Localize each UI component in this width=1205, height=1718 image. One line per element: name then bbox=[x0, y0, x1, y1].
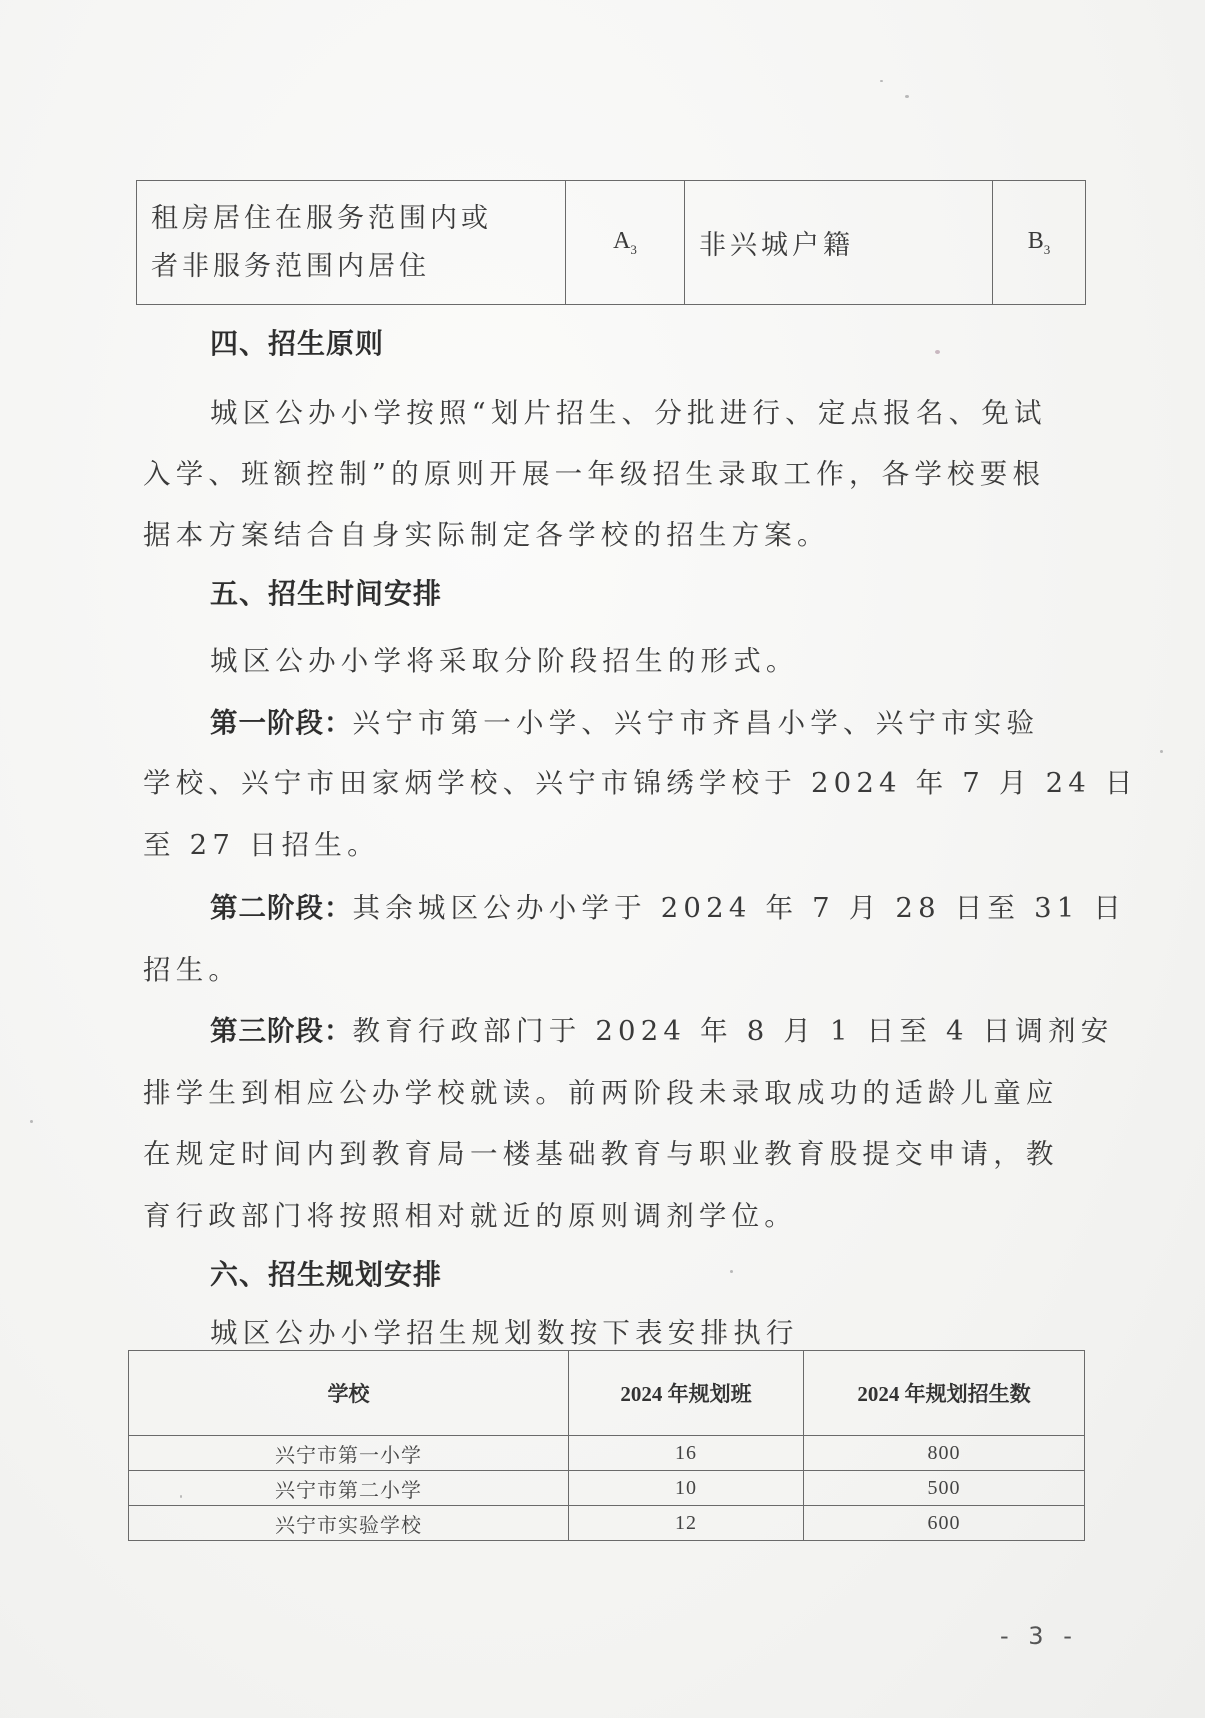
category-a-subscript: 3 bbox=[630, 242, 637, 257]
header-planned-classes: 2024 年规划班 bbox=[569, 1351, 804, 1436]
phase-1-line: 第一阶段：兴宁市第一小学、兴宁市齐昌小学、兴宁市实验 bbox=[210, 700, 1039, 740]
table-row: 兴宁市实验学校 12 600 bbox=[129, 1506, 1085, 1541]
category-b-letter: B bbox=[1028, 228, 1044, 254]
planned-enrollment: 800 bbox=[804, 1436, 1085, 1471]
table-row: 兴宁市第一小学 16 800 bbox=[129, 1436, 1085, 1471]
category-a-letter: A bbox=[613, 228, 630, 254]
planned-classes: 16 bbox=[569, 1436, 804, 1471]
school-name: 兴宁市第一小学 bbox=[129, 1436, 569, 1471]
residence-situation-cell: 租房居住在服务范围内或 者非服务范围内居住 bbox=[137, 181, 566, 305]
school-name: 兴宁市实验学校 bbox=[129, 1506, 569, 1541]
table-row: 兴宁市第二小学 10 500 bbox=[129, 1471, 1085, 1506]
paragraph-line: 排学生到相应公办学校就读。前两阶段未录取成功的适龄儿童应 bbox=[143, 1070, 1059, 1110]
scan-speck bbox=[730, 1270, 733, 1273]
scan-speck bbox=[935, 350, 940, 354]
category-b-cell: B3 bbox=[993, 181, 1086, 305]
school-name: 兴宁市第二小学 bbox=[129, 1471, 569, 1506]
paragraph-line: 育行政部门将按照相对就近的原则调剂学位。 bbox=[143, 1193, 797, 1233]
planned-classes: 12 bbox=[569, 1506, 804, 1541]
table-header-row: 学校 2024 年规划班 2024 年规划招生数 bbox=[129, 1351, 1085, 1436]
enrollment-plan-table: 学校 2024 年规划班 2024 年规划招生数 兴宁市第一小学 16 800 … bbox=[128, 1350, 1085, 1541]
phase-3-label: 第三阶段： bbox=[210, 1015, 353, 1047]
page-number: - 3 - bbox=[1000, 1622, 1078, 1650]
cell-text-line: 者非服务范围内居住 bbox=[151, 243, 565, 291]
phase-3-line: 第三阶段：教育行政部门于 2024 年 8 月 1 日至 4 日调剂安 bbox=[210, 1008, 1113, 1048]
scan-speck bbox=[1160, 750, 1163, 753]
phase-3-text: 教育行政部门于 2024 年 8 月 1 日至 4 日调剂安 bbox=[353, 1015, 1114, 1047]
section-heading-principles: 四、招生原则 bbox=[210, 322, 384, 362]
phase-2-text: 其余城区公办小学于 2024 年 7 月 28 日至 31 日 bbox=[353, 892, 1127, 924]
paragraph-line: 招生。 bbox=[143, 947, 241, 987]
section-heading-plan: 六、招生规划安排 bbox=[210, 1253, 442, 1293]
section-heading-schedule: 五、招生时间安排 bbox=[210, 572, 442, 612]
paragraph-line: 据本方案结合自身实际制定各学校的招生方案。 bbox=[143, 512, 830, 552]
cell-text-line: 租房居住在服务范围内或 bbox=[151, 195, 565, 243]
header-planned-enrollment: 2024 年规划招生数 bbox=[804, 1351, 1085, 1436]
planned-enrollment: 500 bbox=[804, 1471, 1085, 1506]
planned-classes: 10 bbox=[569, 1471, 804, 1506]
planned-enrollment: 600 bbox=[804, 1506, 1085, 1541]
phase-2-label: 第二阶段： bbox=[210, 892, 353, 924]
category-a-cell: A3 bbox=[566, 181, 685, 305]
paragraph-line: 至 27 日招生。 bbox=[143, 822, 380, 862]
paragraph-line: 学校、兴宁市田家炳学校、兴宁市锦绣学校于 2024 年 7 月 24 日 bbox=[143, 760, 1138, 800]
paragraph-line: 在规定时间内到教育局一楼基础教育与职业教育股提交申请，教 bbox=[143, 1131, 1059, 1171]
header-school: 学校 bbox=[129, 1351, 569, 1436]
admission-category-table: 租房居住在服务范围内或 者非服务范围内居住 A3 非兴城户籍 B3 bbox=[136, 180, 1086, 305]
phase-1-text: 兴宁市第一小学、兴宁市齐昌小学、兴宁市实验 bbox=[353, 707, 1040, 739]
table-row: 租房居住在服务范围内或 者非服务范围内居住 A3 非兴城户籍 B3 bbox=[137, 181, 1086, 305]
paragraph-line: 城区公办小学按照“划片招生、分批进行、定点报名、免试 bbox=[210, 390, 1047, 430]
paragraph-line: 入学、班额控制”的原则开展一年级招生录取工作，各学校要根 bbox=[143, 451, 1045, 491]
hukou-cell: 非兴城户籍 bbox=[685, 181, 993, 305]
category-b-subscript: 3 bbox=[1044, 242, 1051, 257]
scan-speck bbox=[30, 1120, 33, 1123]
paragraph-line: 城区公办小学将采取分阶段招生的形式。 bbox=[210, 638, 799, 678]
paragraph-line: 城区公办小学招生规划数按下表安排执行 bbox=[210, 1310, 799, 1350]
scan-speck bbox=[880, 80, 883, 82]
scan-speck bbox=[905, 95, 909, 98]
phase-1-label: 第一阶段： bbox=[210, 707, 353, 739]
phase-2-line: 第二阶段：其余城区公办小学于 2024 年 7 月 28 日至 31 日 bbox=[210, 885, 1126, 925]
